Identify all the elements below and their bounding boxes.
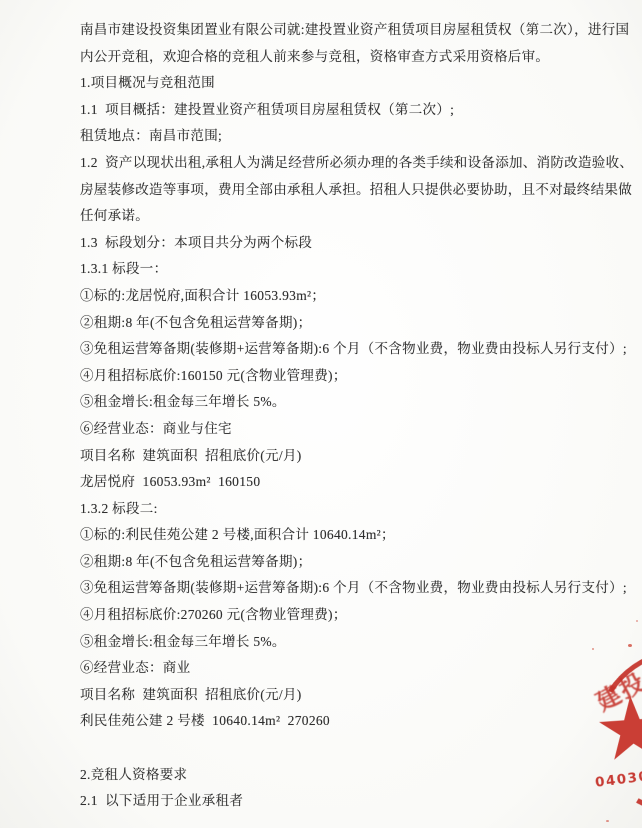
document-line: ③免租运营筹备期(装修期+运营筹备期):6 个月（不含物业费，物业费由投标人另行… xyxy=(80,575,628,602)
document-line: 任何承诺。 xyxy=(80,203,628,230)
document-line: 2.1 以下适用于企业承租者 xyxy=(80,788,628,815)
document-line: ⑤租金增长:租金每三年增长 5%。 xyxy=(80,389,628,416)
document-line: ⑥经营业态：商业 xyxy=(80,655,628,682)
document-line: 2.竞租人资格要求 xyxy=(80,762,628,789)
document-line: ④月租招标底价:160150 元(含物业管理费)； xyxy=(80,363,628,390)
ink-speck xyxy=(606,820,609,822)
document-line: 1.3.1 标段一： xyxy=(80,256,628,283)
document-body: 南昌市建设投资集团置业有限公司就:建投置业资产租赁项目房屋租赁权（第二次），进行… xyxy=(80,17,628,815)
document-line: 1.2 资产以现状出租,承租人为满足经营所必须办理的各类手续和设备添加、消防改造… xyxy=(80,150,628,177)
document-line: 房屋装修改造等事项，费用全部由承租人承担。招租人只提供必要协助，且不对最终结果做 xyxy=(80,177,628,204)
document-line: 项目名称 建筑面积 招租底价(元/月) xyxy=(80,443,628,470)
document-line: ④月租招标底价:270260 元(含物业管理费)； xyxy=(80,602,628,629)
document-line: 1.3.2 标段二: xyxy=(80,496,628,523)
document-line: 内公开竞租，欢迎合格的竞租人前来参与竞租，资格审查方式采用资格后审。 xyxy=(80,44,628,71)
document-line: 南昌市建设投资集团置业有限公司就:建投置业资产租赁项目房屋租赁权（第二次），进行… xyxy=(80,17,628,44)
document-line: ③免租运营筹备期(装修期+运营筹备期):6 个月（不含物业费，物业费由投标人另行… xyxy=(80,336,628,363)
ink-speck xyxy=(628,644,632,647)
document-line: 1.项目概况与竞租范围 xyxy=(80,70,628,97)
document-line: 1.3 标段划分：本项目共分为两个标段 xyxy=(80,230,628,257)
document-line: ①标的:龙居悦府,面积合计 16053.93m²； xyxy=(80,283,628,310)
ink-speck xyxy=(636,620,638,622)
document-line: ⑥经营业态：商业与住宅 xyxy=(80,416,628,443)
document-line: 1.1 项目概括：建投置业资产租赁项目房屋租赁权（第二次）; xyxy=(80,97,628,124)
document-line: ②租期:8 年(不包含免租运营筹备期)； xyxy=(80,310,628,337)
ink-speck xyxy=(592,648,594,650)
star-icon: ★ xyxy=(591,683,642,774)
document-line: ①标的:利民佳苑公建 2 号楼,面积合计 10640.14m²； xyxy=(80,522,628,549)
scanned-document-page: 南昌市建设投资集团置业有限公司就:建投置业资产租赁项目房屋租赁权（第二次），进行… xyxy=(0,0,642,828)
document-line: 龙居悦府 16053.93m² 160150 xyxy=(80,469,628,496)
document-line: ⑤租金增长:租金每三年增长 5%。 xyxy=(80,629,628,656)
official-seal-stamp: 建投 ★ 040301 xyxy=(588,640,642,825)
document-line: 项目名称 建筑面积 招租底价(元/月) xyxy=(80,682,628,709)
document-line: 租赁地点：南昌市范围; xyxy=(80,123,628,150)
document-line: 利民佳苑公建 2 号楼 10640.14m² 270260 xyxy=(80,708,628,735)
document-line: ②租期:8 年(不包含免租运营筹备期)； xyxy=(80,549,628,576)
